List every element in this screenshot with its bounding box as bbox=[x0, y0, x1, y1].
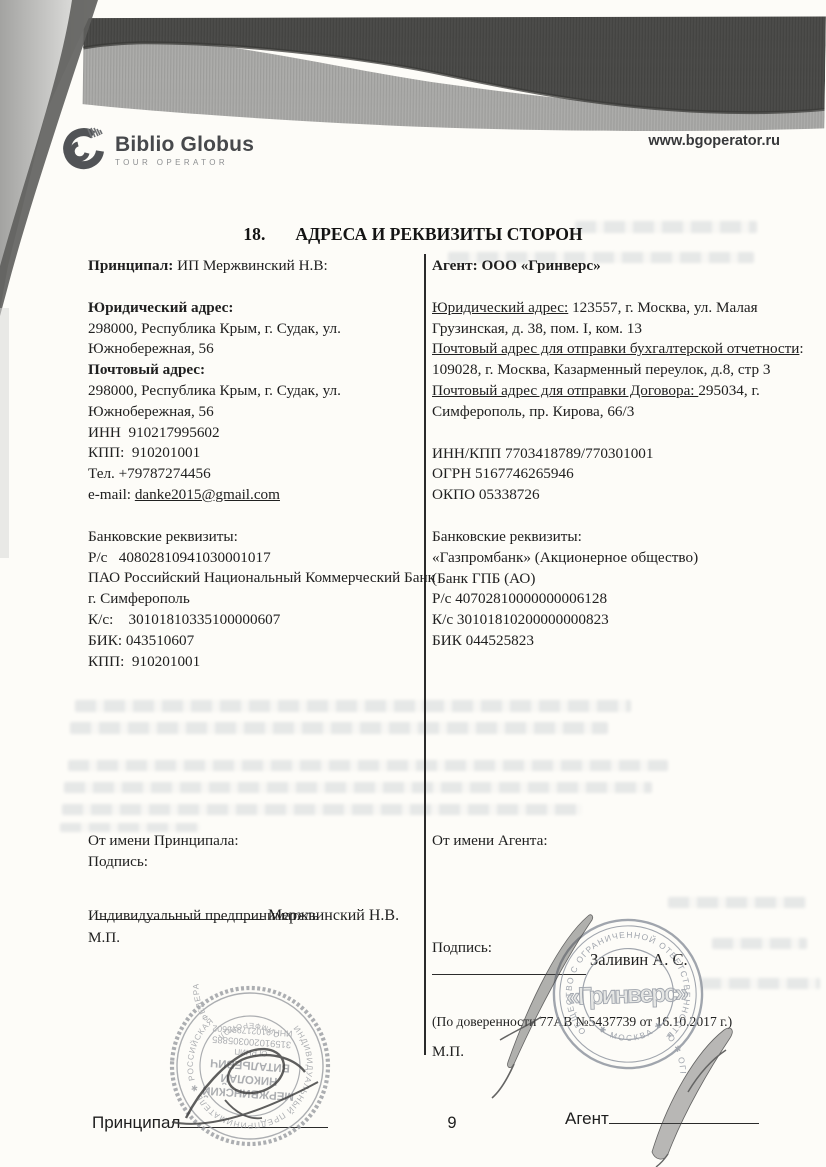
agent-stamp: ОБЩЕСТВО С ОГРАНИЧЕННОЙ ОТВЕТСТВЕННОСТЬЮ… bbox=[549, 915, 707, 1073]
agent-corr-account: К/с 30101810200000000823 bbox=[432, 610, 806, 631]
bleed-through-ghost bbox=[75, 700, 631, 712]
bleed-through-ghost bbox=[700, 978, 820, 989]
principal-stamp-line2: НИКОЛАЙ bbox=[220, 1071, 278, 1088]
principal-kpp: КПП: 910201001 bbox=[88, 443, 436, 464]
bleed-through-ghost bbox=[62, 804, 582, 815]
principal-sign-role: Индивидуальный предприниматель bbox=[88, 906, 319, 927]
agent-postal-contract-address: Почтовый адрес для отправки Договора: 29… bbox=[432, 381, 806, 423]
scanned-contract-page: { "colors": { "ink": "#202020", "banner_… bbox=[0, 0, 826, 1167]
principal-stamp: ИНДИВИДУАЛЬНЫЙ ПРЕДПРИНИМАТЕЛЬ ✱ РОССИЙС… bbox=[168, 984, 332, 1148]
brand-name: Biblio Globus bbox=[115, 134, 254, 156]
principal-stamp-mark: М.П. bbox=[88, 928, 120, 949]
principal-kpp2: КПП: 910201001 bbox=[88, 652, 436, 673]
principal-details: Принципал: ИП Мержвинский Н.В: Юридическ… bbox=[88, 256, 436, 672]
bleed-through-ghost bbox=[70, 722, 608, 734]
agent-bank-name: «Газпромбанк» (Акционерное общество) bbox=[432, 548, 806, 569]
agent-postal-report-address: Почтовый адрес для отправки бухгалтерско… bbox=[432, 339, 806, 381]
principal-sign-label: Подпись: bbox=[88, 852, 148, 873]
principal-legal-address-label: Юридический адрес: bbox=[88, 298, 436, 319]
agent-heading: Агент: ООО «Гринверс» bbox=[432, 256, 806, 277]
agent-okpo: ОКПО 05338726 bbox=[432, 485, 806, 506]
agent-bank-title: Банковские реквизиты: bbox=[432, 527, 806, 548]
principal-bank-title: Банковские реквизиты: bbox=[88, 527, 436, 548]
section-number: 18. bbox=[243, 224, 265, 244]
bleed-through-ghost bbox=[64, 782, 652, 793]
principal-inn: ИНН 910217995602 bbox=[88, 423, 436, 444]
agent-ogrn: ОГРН 5167746265946 bbox=[432, 464, 806, 485]
website-url: www.bgoperator.ru bbox=[640, 133, 780, 149]
agent-bank-name2: (Банк ГПБ (АО) bbox=[432, 569, 806, 590]
principal-phone: Тел. +79787274456 bbox=[88, 464, 436, 485]
principal-legal-address: 298000, Республика Крым, г. Судак, ул. Ю… bbox=[88, 319, 400, 361]
header-wave-banner bbox=[76, 4, 826, 136]
bleed-through-ghost bbox=[68, 760, 668, 771]
principal-bank-city: г. Симферополь bbox=[88, 589, 436, 610]
principal-heading: Принципал: ИП Мержвинский Н.В: bbox=[88, 256, 436, 277]
agent-sign-from: От имени Агента: bbox=[432, 831, 548, 852]
bleed-through-ghost bbox=[668, 897, 806, 908]
principal-sign-from: От имени Принципала: bbox=[88, 831, 239, 852]
agent-stamp-bottom-text: ✱ МОСКВА ✱ bbox=[596, 1015, 665, 1045]
brand-tagline: TOUR OPERATOR bbox=[115, 158, 254, 167]
principal-postal-address-label: Почтовый адрес: bbox=[88, 360, 436, 381]
agent-legal-address: Юридический адрес: 123557, г. Москва, ул… bbox=[432, 298, 806, 340]
page-number: 9 bbox=[440, 1114, 464, 1133]
svg-text:✱ МОСКВА ✱: ✱ МОСКВА ✱ bbox=[596, 1015, 665, 1045]
principal-account: Р/с 40802810941030001017 bbox=[88, 548, 436, 569]
footer-agent-line bbox=[609, 1106, 759, 1124]
agent-account: Р/с 40702810000000006128 bbox=[432, 589, 806, 610]
agent-stamp-center-text: «Гринверс» bbox=[566, 980, 689, 1011]
principal-corr-account: К/с: 30101810335100000607 bbox=[88, 610, 436, 631]
section-title-text: АДРЕСА И РЕКВИЗИТЫ СТОРОН bbox=[295, 224, 582, 244]
bleed-through-ghost bbox=[712, 938, 807, 949]
agent-stamp-mark: М.П. bbox=[432, 1042, 464, 1063]
agent-inn-kpp: ИНН/КПП 7703418789/770301001 bbox=[432, 444, 806, 465]
logo: Biblio Globus TOUR OPERATOR bbox=[57, 126, 254, 174]
agent-sign-label: Подпись: bbox=[432, 938, 492, 959]
agent-bik: БИК 044525823 bbox=[432, 631, 806, 652]
principal-email: danke2015@gmail.com bbox=[135, 486, 280, 503]
principal-email-line: e-mail: danke2015@gmail.com bbox=[88, 485, 436, 506]
section-title: 18.АДРЕСА И РЕКВИЗИТЫ СТОРОН bbox=[0, 224, 826, 245]
principal-postal-address: 298000, Республика Крым, г. Судак, ул. Ю… bbox=[88, 381, 400, 423]
principal-bank-name: ПАО Российский Национальный Коммерческий… bbox=[88, 568, 436, 589]
principal-stamp-line1: МЕРЖВИНСКИЙ bbox=[202, 1084, 295, 1103]
footer-agent-label: Агент bbox=[565, 1109, 609, 1128]
principal-bik: БИК: 043510607 bbox=[88, 631, 436, 652]
agent-details: Агент: ООО «Гринверс» Юридический адрес:… bbox=[432, 256, 806, 652]
biblio-globus-logo-icon bbox=[57, 126, 105, 174]
footer-agent-row: Агент bbox=[565, 1106, 759, 1129]
